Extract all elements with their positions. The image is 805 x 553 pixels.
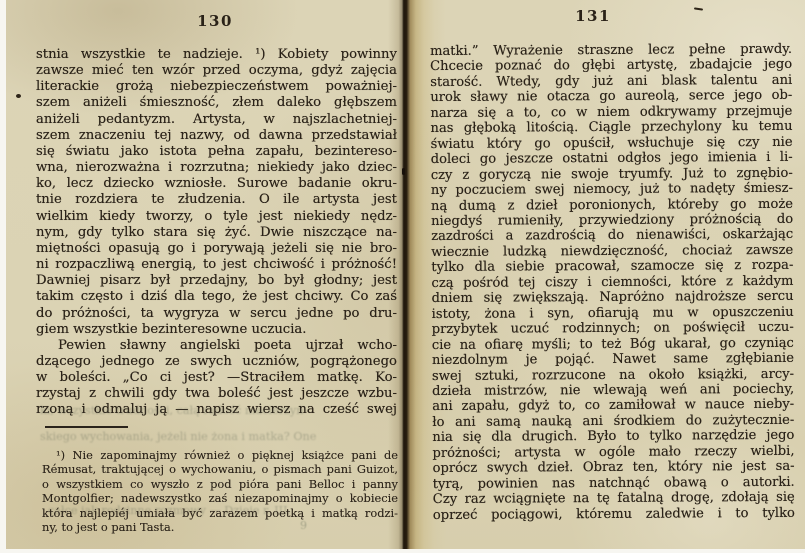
text-line: oprócz swych dzieł. Obraz ten, który nie…	[433, 459, 795, 477]
page-number-left: 130	[180, 12, 250, 30]
text-line: oprzeć pociągowi, któremu zaledwie i to …	[433, 505, 795, 523]
text-line: takim często i dziś dla tego, że jest ch…	[36, 289, 397, 305]
text-line: Pewien sławny angielski poeta ujrzał wch…	[36, 338, 397, 354]
text-line: która najlepiéj umiała być zarazem poetk…	[42, 506, 398, 520]
text-line: Montgolfier; nadewszystko zaś niezapomin…	[42, 491, 398, 505]
text-line: niezdolnym je pojąć. Nawet same zgłębian…	[432, 351, 794, 369]
right-page-text-block: matki.” Wyrażenie straszne lecz pełne pr…	[430, 42, 795, 523]
text-line: doleci go jeszcze ostatni odgłos jego im…	[431, 150, 793, 168]
text-line: ko, lecz dziecko wzniosłe. Surowe badani…	[36, 176, 397, 192]
text-line: miętności opasują go i porywają jeżeli s…	[36, 241, 397, 257]
text-line: szem aniżeli śmieszność, złem daleko głę…	[36, 95, 397, 111]
ink-speck	[16, 94, 21, 98]
text-line: wielkim kiedy tworzy, o tyle jest niekie…	[36, 209, 397, 225]
text-line: skiego wychowania, jeżeli nie żona i mat…	[40, 430, 394, 444]
text-line: Dawniej pisarz był przedajny, bo był gło…	[36, 273, 397, 289]
text-line: ny, to jest o pani Tasta.	[42, 520, 398, 534]
text-line: ni rozpaczliwą energią, to jest chciwość…	[36, 257, 397, 273]
text-line: tnie rozdziera te złudzenia. O ile artys…	[36, 192, 397, 208]
text-line: giem wszystkie bezinteresowne uczucia.	[36, 322, 397, 338]
book-scan: 130 131 stnia wszystkie te nadzieje. ¹) …	[0, 0, 805, 553]
text-line: ¹) Nie zapominajmy również o pięknej ksi…	[42, 448, 398, 462]
ink-speck	[402, 168, 405, 175]
page-number-right: 131	[560, 7, 626, 25]
text-line: do próżności, ta wygryza w sercu jedne p…	[36, 306, 397, 322]
footnote-text-block: ¹) Nie zapominajmy również o pięknej ksi…	[42, 448, 398, 534]
text-line: ki, wszystkie trudności, całą radość mac…	[40, 404, 394, 418]
text-line: nym, gdy tylko stara się żyć. Dwie niszc…	[36, 225, 397, 241]
text-line: dniem się zwiększają. Napróżno najdroższ…	[432, 289, 794, 307]
footnote-rule	[45, 426, 128, 428]
text-line: przybytek uczuć rodzinnych; on poświęcił…	[432, 320, 794, 338]
text-line: o wszystkiem co wyszło z pod pióra pani …	[42, 477, 398, 491]
text-line: wna, nierozważna i rozrzutna; niekiedy j…	[36, 160, 397, 176]
text-line: zawsze mieć ten wzór przed oczyma, gdyż …	[36, 63, 397, 79]
text-line: ny poczuciem swej niemocy, już to nadęty…	[431, 181, 793, 199]
text-line: szem znaczeniu tej nazwy, od dawna przed…	[36, 128, 397, 144]
text-line: nas głęboką litością. Ciągle przechylony…	[430, 119, 792, 137]
text-line: Czy raz wciągnięte na tę fatalną drogę, …	[433, 490, 795, 508]
text-line: dzącego jednego ze swych uczniów, pogrąż…	[36, 354, 397, 370]
text-line: literackie grożą niebezpieczeństwem powa…	[36, 79, 397, 95]
text-line: stnia wszystkie te nadzieje. ¹) Kobiety …	[36, 47, 397, 63]
text-line: się światu jako istota pełna zapału, bez…	[36, 144, 397, 160]
text-line: Rémusat, traktującej o wychowaniu, o pis…	[42, 462, 398, 476]
left-page-text-block: stnia wszystkie te nadzieje. ¹) Kobiety …	[36, 47, 397, 419]
text-line: rzystaj z chwili gdy twa boleść jest jes…	[36, 386, 397, 402]
text-line: w boleści. „Co ci jest? —Straciłem matkę…	[36, 370, 397, 386]
text-line: aniżeli pedantyzm. Artysta, w najszlache…	[36, 112, 397, 128]
